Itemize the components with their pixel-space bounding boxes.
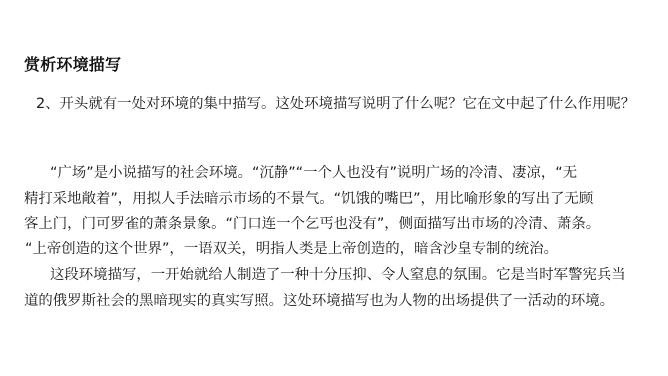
answer-line: “上帝创造的这个世界”，一语双关，明指人类是上帝创造的，暗含沙皇专制的统治。: [25, 239, 558, 259]
question-text: 2、开头就有一处对环境的集中描写。这处环境描写说明了什么呢？它在文中起了什么作用…: [36, 92, 635, 113]
answer-line: 精打采地敞着”，用拟人手法暗示市场的不景气。“饥饿的嘴巴”，用比喻形象的写出了无…: [24, 189, 593, 209]
answer-line: 客上门，门可罗雀的萧条景象。“门口连一个乞丐也没有”，侧面描写出市场的冷清、萧条…: [24, 214, 600, 234]
answer-line: 道的俄罗斯社会的黑暗现实的真实写照。这处环境描写也为人物的出场提供了一活动的环境…: [24, 291, 614, 311]
answer-line: “广场”是小说描写的社会环境。“沉静”“一个人也没有”说明广场的冷清、凄凉，“无: [50, 163, 577, 183]
slide: 赏析环境描写 2、开头就有一处对环境的集中描写。这处环境描写说明了什么呢？它在文…: [0, 0, 668, 376]
answer-line: 这段环境描写，一开始就给人制造了一种十分压抑、令人窒息的氛围。它是当时军警宪兵当: [50, 265, 626, 285]
section-title: 赏析环境描写: [24, 52, 121, 75]
